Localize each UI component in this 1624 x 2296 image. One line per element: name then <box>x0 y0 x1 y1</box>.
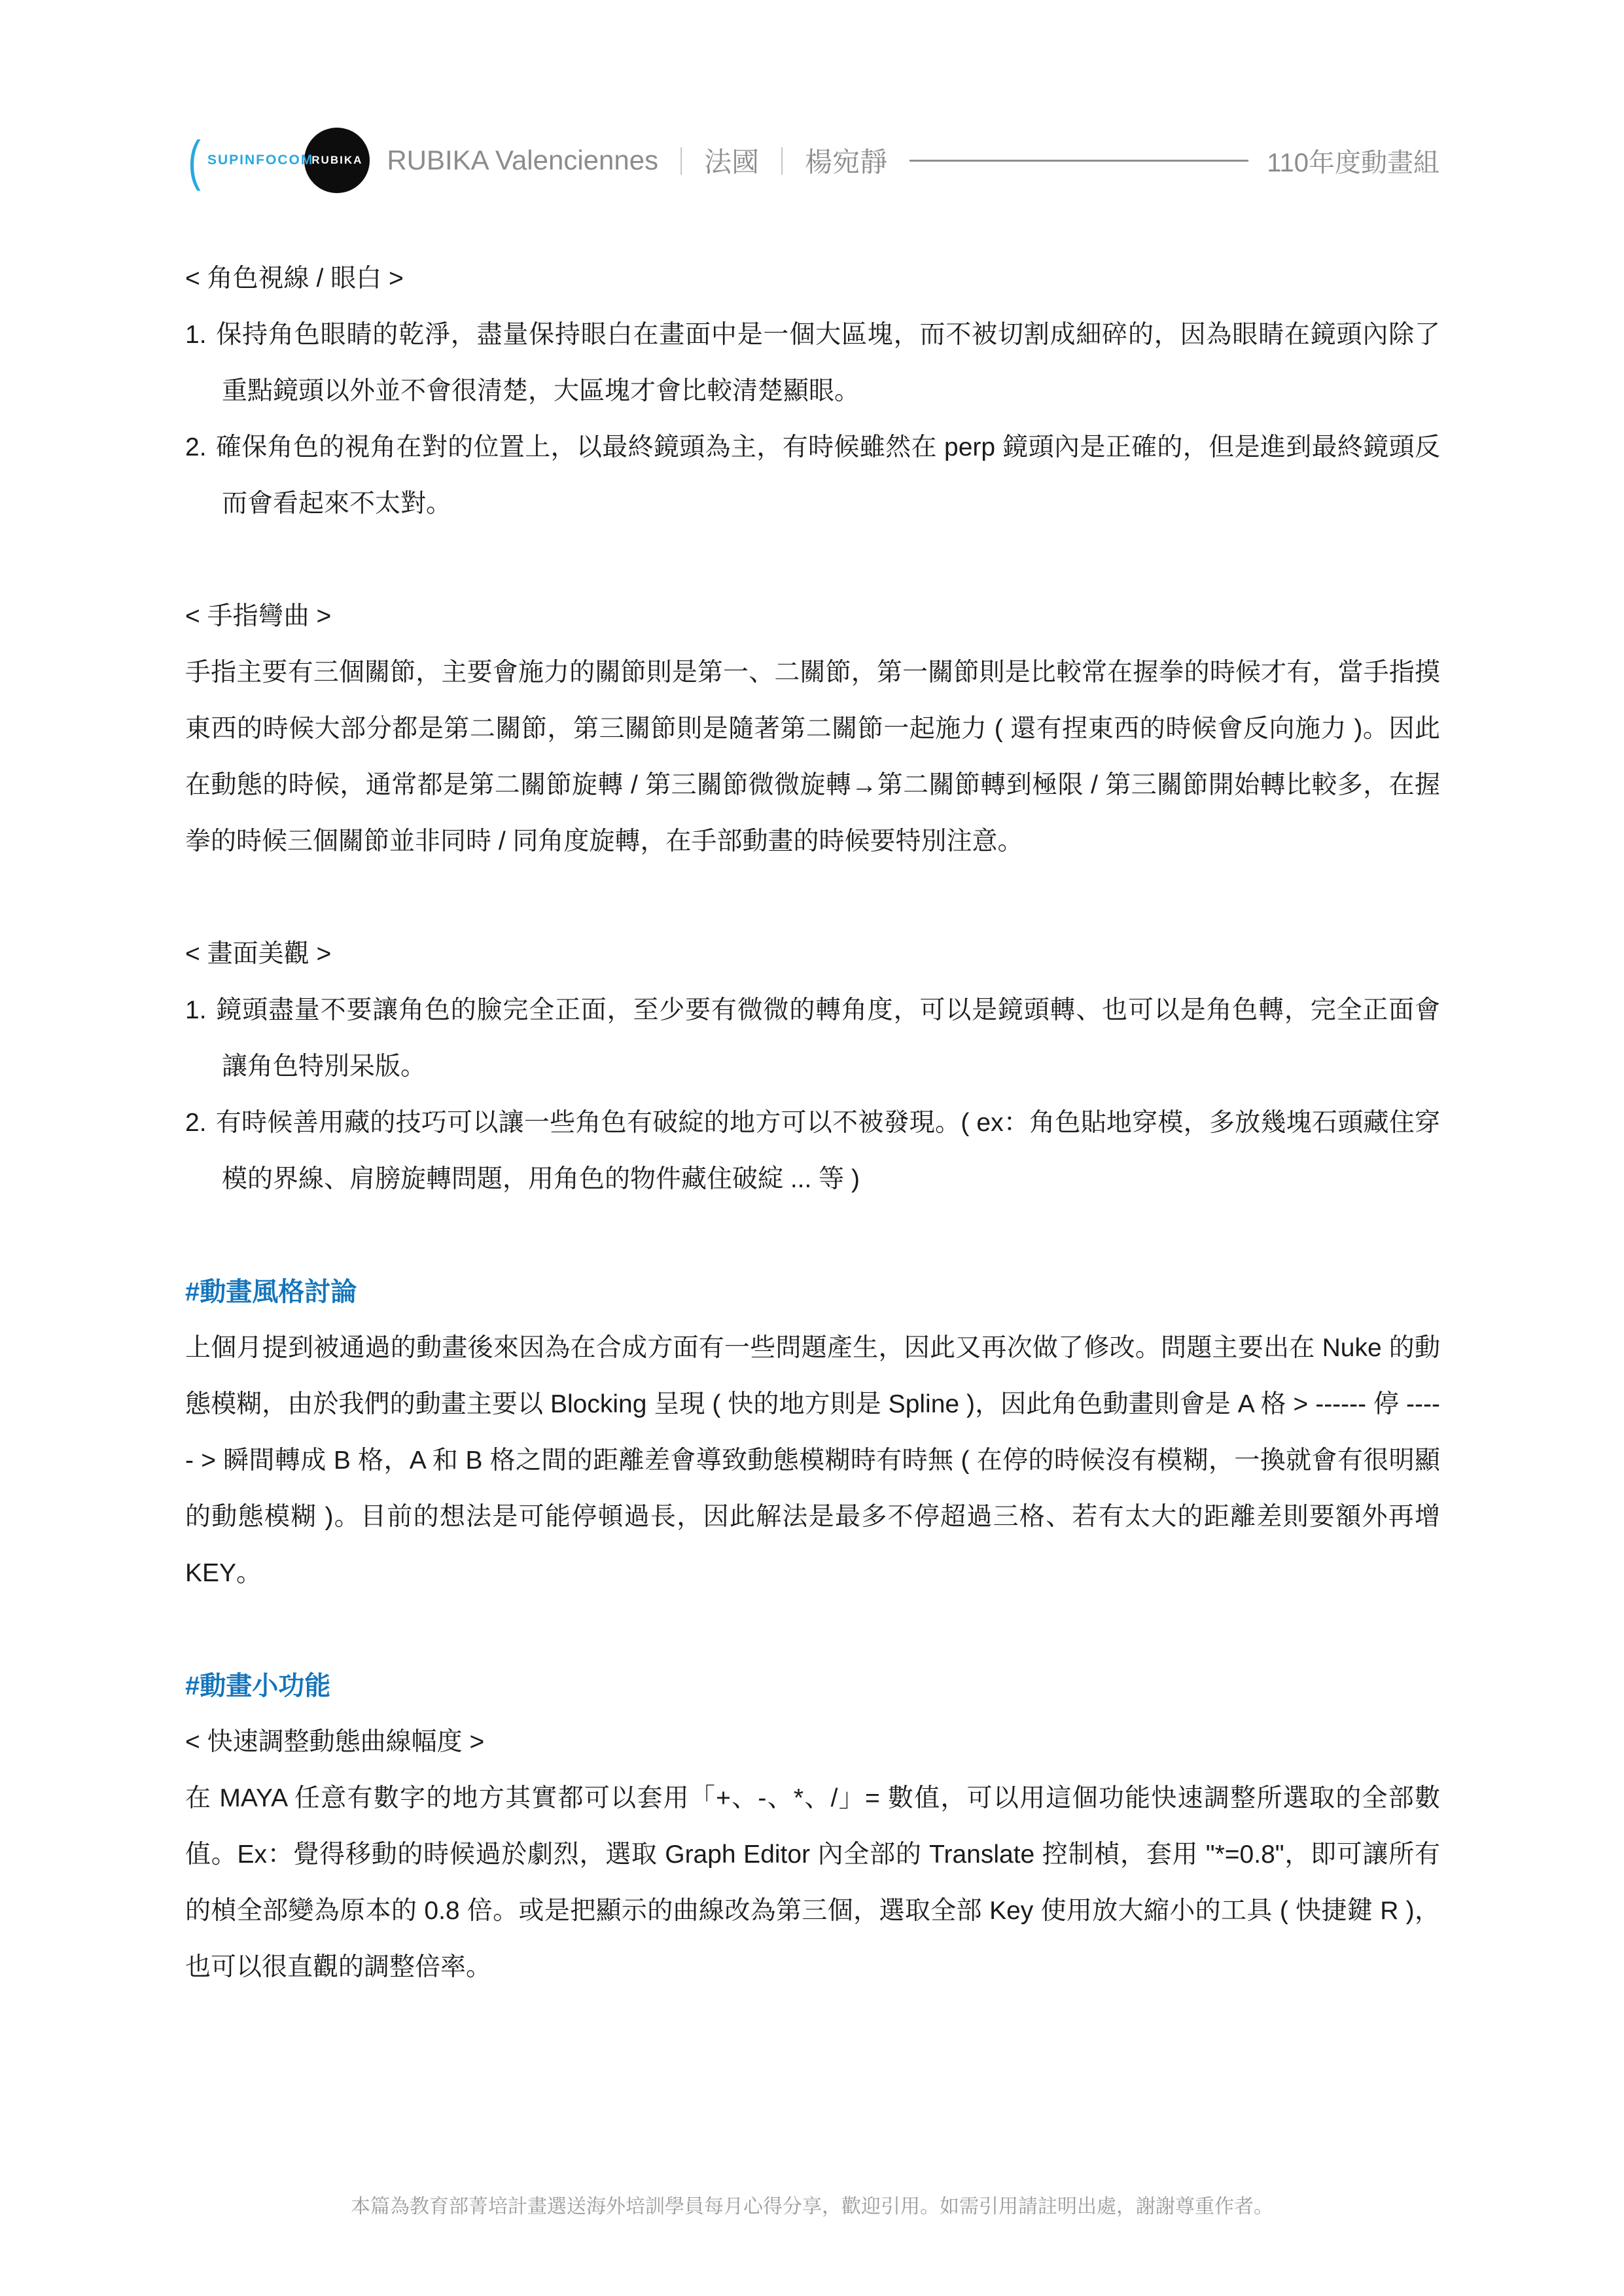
page-footer: 本篇為教育部菁培計畫選送海外培訓學員每月心得分享，歡迎引用。如需引用請註明出處，… <box>0 2190 1624 2219</box>
section-heading-accent: #動畫小功能 <box>185 1658 1440 1714</box>
section-eye-whites: < 角色視線 / 眼白 > 1.保持角色眼睛的乾淨，盡量保持眼白在畫面中是一個大… <box>185 251 1440 532</box>
paragraph: 在 MAYA 任意有數字的地方其實都可以套用「+、-、*、/」= 數值，可以用這… <box>185 1770 1440 1996</box>
section-frame-aesthetics: < 畫面美觀 > 1.鏡頭盡量不要讓角色的臉完全正面，至少要有微微的轉角度，可以… <box>185 926 1440 1208</box>
section-heading: < 手指彎曲 > <box>185 588 1440 645</box>
section-heading: < 畫面美觀 > <box>185 926 1440 982</box>
country-name: 法國 <box>704 141 759 180</box>
list-item: 1.保持角色眼睛的乾淨，盡量保持眼白在畫面中是一個大區塊，而不被切割成細碎的，因… <box>185 307 1440 420</box>
section-heading: < 角色視線 / 眼白 > <box>185 251 1440 307</box>
section-heading-accent: #動畫風格討論 <box>185 1264 1440 1320</box>
list-item: 1.鏡頭盡量不要讓角色的臉完全正面，至少要有微微的轉角度，可以是鏡頭轉、也可以是… <box>185 982 1440 1095</box>
section-subheading: < 快速調整動態曲線幅度 > <box>185 1714 1440 1770</box>
school-logo: ( SUPINFOCOM RUBIKA <box>185 128 370 193</box>
section-animation-style-discussion: #動畫風格討論 上個月提到被通過的動畫後來因為在合成方面有一些問題產生，因此又再… <box>185 1264 1440 1602</box>
page-header: ( SUPINFOCOM RUBIKA RUBIKA Valenciennes … <box>185 126 1439 195</box>
list-item-number: 2. <box>185 433 207 461</box>
header-title: RUBIKA Valenciennes ｜ 法國 ｜ 楊宛靜 <box>387 141 887 180</box>
list-item-number: 1. <box>185 321 207 349</box>
header-divider-line <box>909 160 1248 162</box>
list-item-text: 有時候善用藏的技巧可以讓一些角色有破綻的地方可以不被發現。( ex：角色貼地穿模… <box>216 1109 1440 1193</box>
title-separator: ｜ <box>667 141 695 180</box>
section-finger-bend: < 手指彎曲 > 手指主要有三個關節，主要會施力的關節則是第一、二關節，第一關節… <box>185 588 1440 870</box>
list-item: 2.確保角色的視角在對的位置上，以最終鏡頭為主，有時候雖然在 perp 鏡頭內是… <box>185 420 1440 532</box>
rubika-logo-text: RUBIKA <box>311 154 362 167</box>
section-animation-tips: #動畫小功能 < 快速調整動態曲線幅度 > 在 MAYA 任意有數字的地方其實都… <box>185 1658 1440 1996</box>
document-page: ( SUPINFOCOM RUBIKA RUBIKA Valenciennes … <box>0 0 1624 2296</box>
footer-note: 本篇為教育部菁培計畫選送海外培訓學員每月心得分享，歡迎引用。如需引用請註明出處，… <box>351 2196 1273 2217</box>
cohort-label: 110年度動畫組 <box>1267 142 1439 179</box>
logo-paren-mark: ( <box>188 128 201 193</box>
list-item-text: 確保角色的視角在對的位置上，以最終鏡頭為主，有時候雖然在 perp 鏡頭內是正確… <box>216 433 1440 518</box>
author-name: 楊宛靜 <box>805 141 887 180</box>
title-separator: ｜ <box>768 141 796 180</box>
school-name: RUBIKA Valenciennes <box>387 145 658 176</box>
document-content: < 角色視線 / 眼白 > 1.保持角色眼睛的乾淨，盡量保持眼白在畫面中是一個大… <box>185 251 1440 2052</box>
rubika-logo-badge: RUBIKA <box>304 128 370 193</box>
paragraph: 手指主要有三個關節，主要會施力的關節則是第一、二關節，第一關節則是比較常在握拳的… <box>185 645 1440 870</box>
list-item-number: 1. <box>185 996 207 1024</box>
list-item: 2.有時候善用藏的技巧可以讓一些角色有破綻的地方可以不被發現。( ex：角色貼地… <box>185 1095 1440 1208</box>
list-item-text: 保持角色眼睛的乾淨，盡量保持眼白在畫面中是一個大區塊，而不被切割成細碎的，因為眼… <box>216 321 1440 405</box>
list-item-text: 鏡頭盡量不要讓角色的臉完全正面，至少要有微微的轉角度，可以是鏡頭轉、也可以是角色… <box>216 996 1440 1081</box>
list-item-number: 2. <box>185 1109 207 1137</box>
paragraph: 上個月提到被通過的動畫後來因為在合成方面有一些問題產生，因此又再次做了修改。問題… <box>185 1320 1440 1602</box>
supinfocom-logo-text: SUPINFOCOM <box>207 152 313 168</box>
